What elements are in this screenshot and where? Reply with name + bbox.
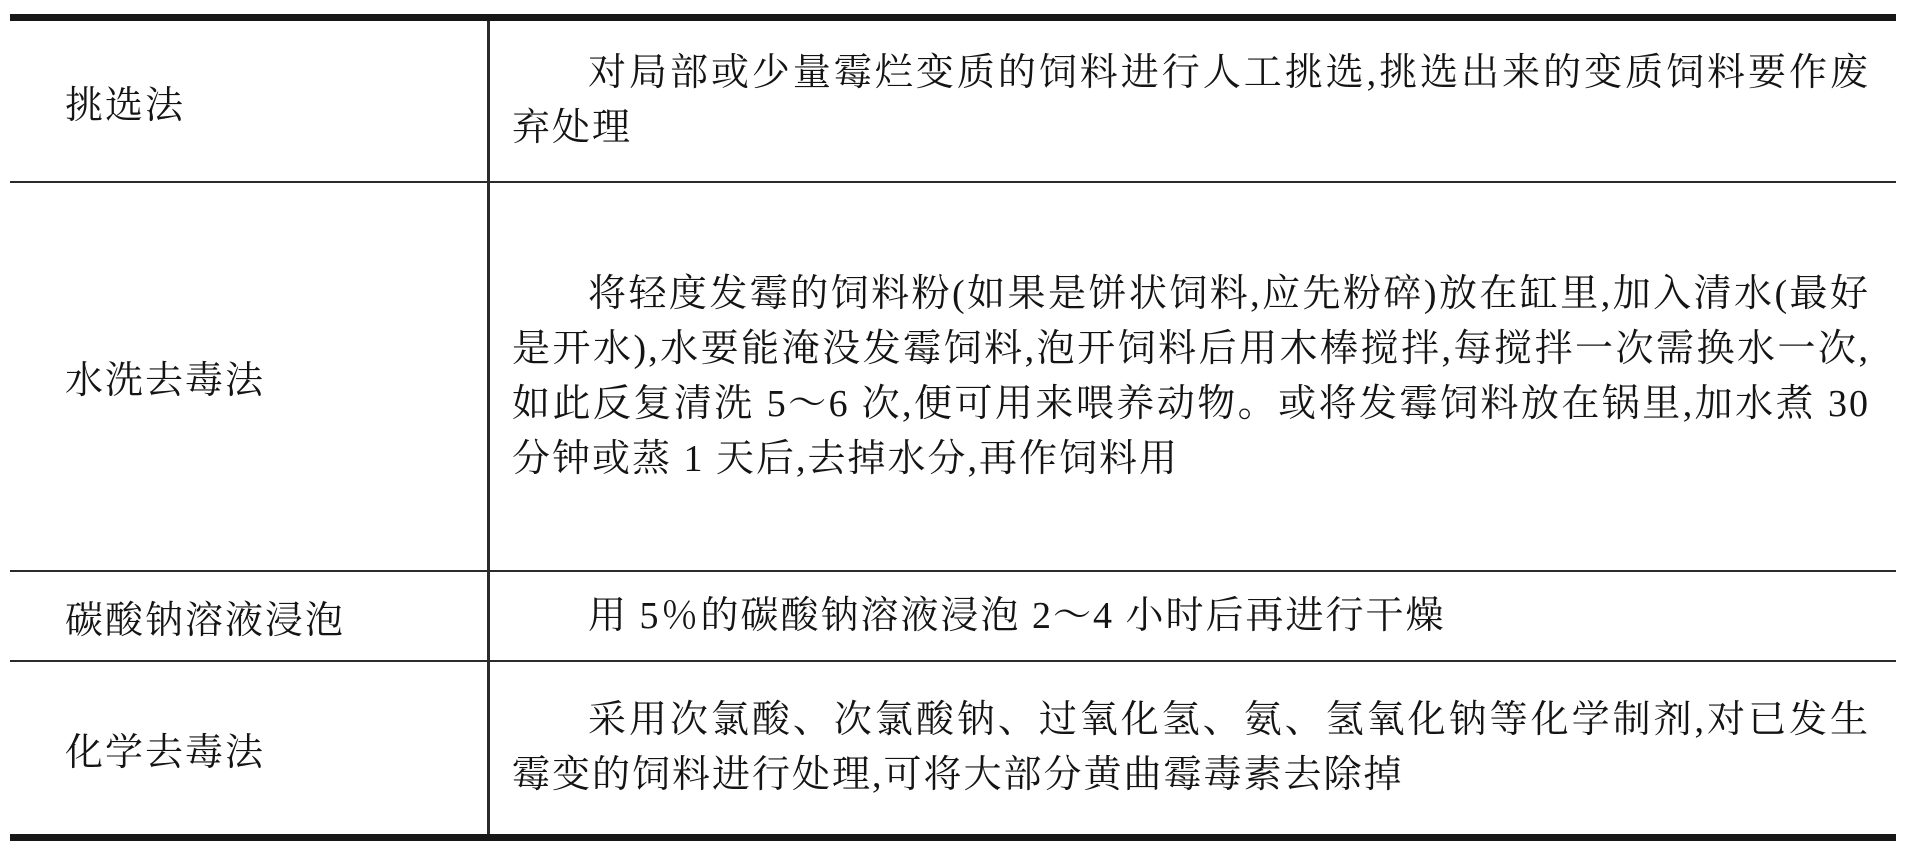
method-description: 用 5％的碳酸钠溶液浸泡 2～4 小时后再进行干燥 [512,589,1870,644]
table-row: 化学去毒法 采用次氯酸、次氯酸钠、过氧化氢、氨、氢氧化钠等化学制剂,对已发生霉变… [10,660,1896,834]
method-description-cell: 将轻度发霉的饲料粉(如果是饼状饲料,应先粉碎)放在缸里,加入清水(最好是开水),… [490,183,1896,570]
method-name: 水洗去毒法 [65,349,265,404]
scanned-page: 挑选法 对局部或少量霉烂变质的饲料进行人工挑选,挑选出来的变质饲料要作废弃处理 … [0,0,1909,854]
method-description: 采用次氯酸、次氯酸钠、过氧化氢、氨、氢氧化钠等化学制剂,对已发生霉变的饲料进行处… [512,693,1870,803]
feed-detox-methods-table: 挑选法 对局部或少量霉烂变质的饲料进行人工挑选,挑选出来的变质饲料要作废弃处理 … [10,14,1896,841]
method-name: 化学去毒法 [65,721,265,776]
method-name-cell: 水洗去毒法 [10,183,490,570]
method-description: 将轻度发霉的饲料粉(如果是饼状饲料,应先粉碎)放在缸里,加入清水(最好是开水),… [512,267,1870,487]
method-name: 碳酸钠溶液浸泡 [65,589,345,644]
method-name: 挑选法 [65,74,185,129]
method-name-cell: 挑选法 [10,21,490,181]
method-description-cell: 采用次氯酸、次氯酸钠、过氧化氢、氨、氢氧化钠等化学制剂,对已发生霉变的饲料进行处… [490,662,1896,834]
table-row: 挑选法 对局部或少量霉烂变质的饲料进行人工挑选,挑选出来的变质饲料要作废弃处理 [10,21,1896,181]
table-row: 水洗去毒法 将轻度发霉的饲料粉(如果是饼状饲料,应先粉碎)放在缸里,加入清水(最… [10,181,1896,570]
method-name-cell: 碳酸钠溶液浸泡 [10,572,490,660]
method-description: 对局部或少量霉烂变质的饲料进行人工挑选,挑选出来的变质饲料要作废弃处理 [512,46,1870,156]
method-description-cell: 对局部或少量霉烂变质的饲料进行人工挑选,挑选出来的变质饲料要作废弃处理 [490,21,1896,181]
table-row: 碳酸钠溶液浸泡 用 5％的碳酸钠溶液浸泡 2～4 小时后再进行干燥 [10,570,1896,660]
method-name-cell: 化学去毒法 [10,662,490,834]
method-description-cell: 用 5％的碳酸钠溶液浸泡 2～4 小时后再进行干燥 [490,572,1896,660]
